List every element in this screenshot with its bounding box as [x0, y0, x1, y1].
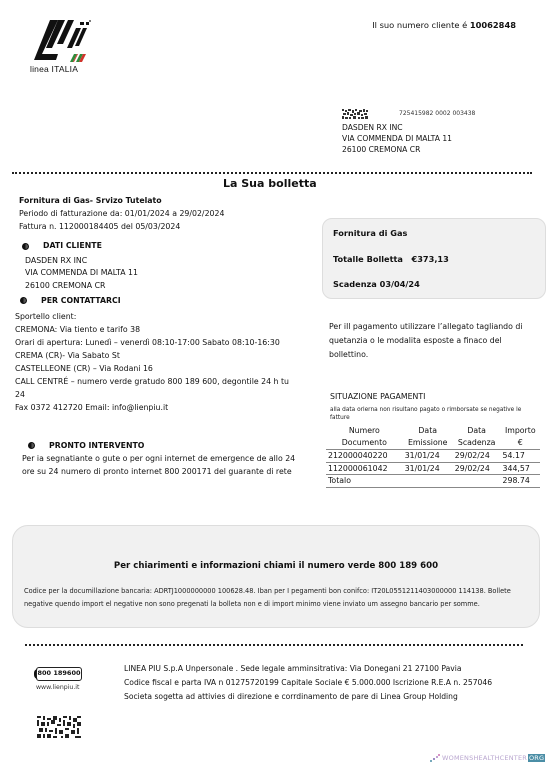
contact-line: Orari di apertura: Lunedì – venerdì 08:1… — [15, 336, 297, 349]
company-line: Societa sogetta ad attivies di direzione… — [124, 690, 492, 704]
emergency-details: Per ia segnatiante o gute o per ogni int… — [22, 453, 296, 478]
dotted-separator — [12, 172, 532, 174]
section-pronto-heading: PRONTO INTERVENTO — [28, 441, 144, 450]
website-link[interactable]: www.lienpiu.it — [36, 684, 79, 691]
company-line: Codice fiscal e parta IVA n 01275720199 … — [124, 676, 492, 690]
watermark-text: WOMENSHEALTHCENTER — [442, 754, 527, 762]
contact-line: CREMA (CR)- Via Sabato St — [15, 349, 297, 362]
col-header: € — [501, 437, 540, 450]
bullet-icon — [28, 442, 35, 449]
contact-line: CREMONA: Via tiento e tarifo 38 — [15, 323, 297, 336]
contact-line: CASTELLEONE (CR) – Via Rodani 16 — [15, 362, 297, 375]
datamatrix-barcode-icon — [37, 716, 81, 738]
section-contattarci-heading: PER CONTATTARCI — [20, 296, 121, 305]
client-number: Il suo numero cliente é 10062848 — [372, 20, 516, 30]
company-info: LINEA PIU S.p.A Unpersonale . Sede legal… — [124, 662, 492, 704]
issue-date: 31/01/24 — [403, 450, 453, 463]
col-header: Documento — [326, 437, 403, 450]
sparkle-icon — [430, 754, 440, 762]
doc-number: 112000061042 — [326, 462, 403, 475]
customer-line: DASDEN RX INC — [22, 255, 302, 268]
due-date: 29/02/24 — [453, 450, 501, 463]
contact-line: CALL CENTRÉ – numero verde gratudo 800 1… — [15, 375, 297, 401]
company-line: LINEA PIU S.p.A Unpersonale . Sede legal… — [124, 662, 492, 676]
col-header: Emissione — [403, 437, 453, 450]
section-dati-cliente: DATI CLIENTE DASDEN RX INC VIA COMMENDA … — [22, 240, 302, 292]
logo-text: linea ITALIA — [30, 64, 78, 74]
col-header: Scadenza — [453, 437, 501, 450]
total-label: Totalle Bolletta — [333, 254, 403, 264]
bill-details: Fornitura di Gas- Srvizo Tutelato Period… — [19, 194, 299, 233]
col-header: Data — [453, 425, 501, 437]
col-header: Numero — [326, 425, 403, 437]
address-line: 26100 CREMONA CR — [342, 144, 452, 155]
customer-line: 26100 CREMONA CR — [22, 280, 302, 293]
contact-email-line: Fax 0372 412720 Email: info@lienpiu.it — [15, 401, 297, 414]
total-value: €373,13 — [412, 254, 449, 264]
payments-subtitle: alla data orlerna non risultano pagato o… — [330, 406, 530, 422]
col-header: Data — [403, 425, 453, 437]
watermark-suffix: ORG — [528, 754, 545, 762]
amount: 344,57 — [501, 462, 540, 475]
client-number-label: Il suo numero cliente é — [372, 20, 467, 30]
payments-title: SITUAZIONE PAGAMENTI — [330, 392, 425, 401]
barcode-number: 725415982 0002 003438 — [399, 110, 475, 117]
phone-badge: 800 189600 — [36, 667, 82, 681]
address-line: DASDEN RX INC — [342, 122, 452, 133]
recipient-address: DASDEN RX INC VIA COMMENDA DI MALTA 11 2… — [342, 122, 452, 155]
section-heading: PER CONTATTARCI — [41, 296, 121, 305]
table-row: 212000040220 31/01/24 29/02/24 54.17 — [326, 450, 540, 463]
total-amount: 298.74 — [501, 475, 540, 488]
billing-period: Periodo di fatturazione da: 01/01/2024 a… — [19, 207, 299, 220]
doc-number: 212000040220 — [326, 450, 403, 463]
info-box: Per chiarimenti e informazioni chiami il… — [12, 525, 540, 628]
issue-date: 31/01/24 — [403, 462, 453, 475]
bullet-icon — [22, 243, 29, 250]
due-date: 29/02/24 — [453, 462, 501, 475]
contact-line: Sportello client: — [15, 310, 297, 323]
watermark: WOMENSHEALTHCENTERORG — [430, 754, 545, 762]
col-header: Importo — [501, 425, 540, 437]
customer-line: VIA COMMENDA DI MALTA 11 — [22, 267, 302, 280]
summary-due-date: Scadenza 03/04/24 — [333, 279, 420, 289]
emergency-line: ore su 24 numero di pronto internet 800 … — [22, 466, 296, 479]
section-heading: DATI CLIENTE — [43, 240, 102, 253]
page-title: La Sua bolletta — [223, 177, 317, 190]
empty-cell — [403, 475, 453, 488]
info-text: Codice per la documillazione bancaria: A… — [24, 585, 525, 611]
service-name: Fornitura di Gas- Srvizo Tutelato — [19, 194, 299, 207]
table-total-row: Totalo 298.74 — [326, 475, 540, 488]
total-label: Totalo — [326, 475, 403, 488]
payment-note: Per ill pagamento utilizzare l’allegato … — [329, 320, 534, 362]
summary-total: Totalle Bolletta €373,13 — [333, 254, 449, 264]
table-row: 112000061042 31/01/24 29/02/24 344,57 — [326, 462, 540, 475]
info-title: Per chiarimenti e informazioni chiami il… — [13, 561, 539, 571]
payments-table: Numero Data Data Importo Documento Emiss… — [326, 425, 540, 488]
section-heading: PRONTO INTERVENTO — [49, 441, 144, 450]
invoice-number: Fattura n. 112000184405 del 05/03/2024 — [19, 220, 299, 233]
client-number-value: 10062848 — [470, 20, 516, 30]
dotted-separator — [25, 644, 523, 646]
datamatrix-barcode-icon — [342, 109, 368, 119]
bill-summary-box: Fornitura di Gas Totalle Bolletta €373,1… — [322, 218, 546, 299]
contact-details: Sportello client: CREMONA: Via tiento e … — [15, 310, 297, 414]
amount: 54.17 — [501, 450, 540, 463]
address-line: VIA COMMENDA DI MALTA 11 — [342, 133, 452, 144]
empty-cell — [453, 475, 501, 488]
summary-service: Fornitura di Gas — [333, 228, 407, 238]
emergency-line: Per ia segnatiante o gute o per ogni int… — [22, 453, 296, 466]
bullet-icon — [20, 297, 27, 304]
